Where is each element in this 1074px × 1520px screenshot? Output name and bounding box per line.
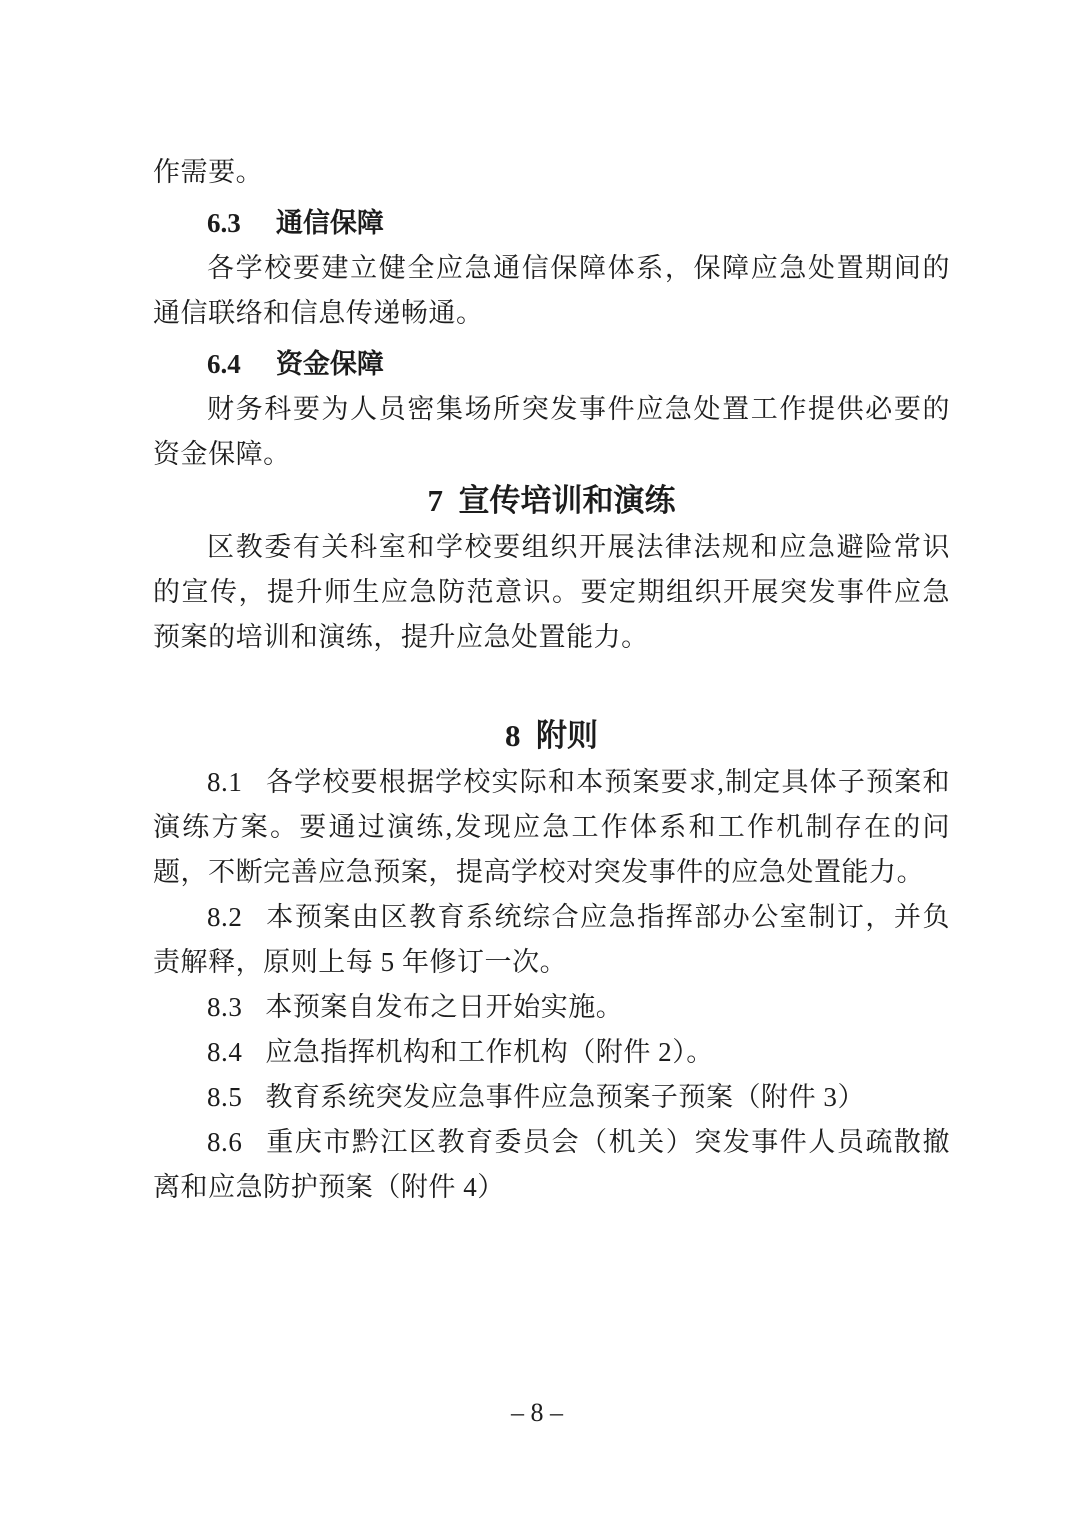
item-text: 应急指挥机构和工作机构（附件 2）。 bbox=[265, 1037, 713, 1067]
chapter-number: 7 bbox=[428, 483, 444, 518]
list-item-8-6: 8.6重庆市黔江区教育委员会（机关）突发事件人员疏散撤离和应急防护预案（附件 4… bbox=[153, 1120, 950, 1210]
section-number: 6.4 bbox=[207, 349, 241, 379]
item-text: 重庆市黔江区教育委员会（机关）突发事件人员疏散撤离和应急防护预案（附件 4） bbox=[153, 1127, 950, 1202]
chapter-heading-7: 7宣传培训和演练 bbox=[153, 477, 950, 525]
item-text: 本预案自发布之日开始实施。 bbox=[265, 992, 623, 1022]
section-heading-6-4: 6.4资金保障 bbox=[153, 342, 950, 387]
item-number: 8.1 bbox=[207, 767, 242, 797]
item-number: 8.5 bbox=[207, 1082, 242, 1112]
paragraph-communication-support: 各学校要建立健全应急通信保障体系，保障应急处置期间的通信联络和信息传递畅通。 bbox=[153, 246, 950, 336]
paragraph-training-drill: 区教委有关科室和学校要组织开展法律法规和应急避险常识的宣传，提升师生应急防范意识… bbox=[153, 525, 950, 660]
list-item-8-4: 8.4应急指挥机构和工作机构（附件 2）。 bbox=[153, 1030, 950, 1075]
item-text: 教育系统突发应急事件应急预案子预案（附件 3） bbox=[265, 1082, 865, 1112]
list-item-8-5: 8.5教育系统突发应急事件应急预案子预案（附件 3） bbox=[153, 1075, 950, 1120]
list-item-8-3: 8.3本预案自发布之日开始实施。 bbox=[153, 985, 950, 1030]
list-item-8-1: 8.1各学校要根据学校实际和本预案要求,制定具体子预案和演练方案。要通过演练,发… bbox=[153, 760, 950, 895]
chapter-number: 8 bbox=[505, 718, 521, 753]
item-text: 本预案由区教育系统综合应急指挥部办公室制订，并负责解释，原则上每 5 年修订一次… bbox=[153, 902, 950, 977]
section-title: 资金保障 bbox=[276, 349, 384, 379]
paragraph-funding-support: 财务科要为人员密集场所突发事件应急处置工作提供必要的资金保障。 bbox=[153, 387, 950, 477]
page-number: – 8 – bbox=[0, 1398, 1074, 1428]
chapter-title: 附则 bbox=[536, 718, 598, 753]
item-number: 8.6 bbox=[207, 1127, 242, 1157]
document-page: 作需要。 6.3通信保障 各学校要建立健全应急通信保障体系，保障应急处置期间的通… bbox=[0, 0, 1074, 1520]
chapter-title: 宣传培训和演练 bbox=[459, 483, 676, 518]
item-text: 各学校要根据学校实际和本预案要求,制定具体子预案和演练方案。要通过演练,发现应急… bbox=[153, 767, 950, 887]
section-heading-6-3: 6.3通信保障 bbox=[153, 201, 950, 246]
item-number: 8.2 bbox=[207, 902, 242, 932]
item-number: 8.4 bbox=[207, 1037, 242, 1067]
section-title: 通信保障 bbox=[276, 208, 384, 238]
list-item-8-2: 8.2本预案由区教育系统综合应急指挥部办公室制订，并负责解释，原则上每 5 年修… bbox=[153, 895, 950, 985]
section-number: 6.3 bbox=[207, 208, 241, 238]
item-number: 8.3 bbox=[207, 992, 242, 1022]
document-body: 作需要。 6.3通信保障 各学校要建立健全应急通信保障体系，保障应急处置期间的通… bbox=[153, 150, 950, 1210]
paragraph-continuation: 作需要。 bbox=[153, 150, 950, 195]
chapter-heading-8: 8附则 bbox=[153, 712, 950, 760]
